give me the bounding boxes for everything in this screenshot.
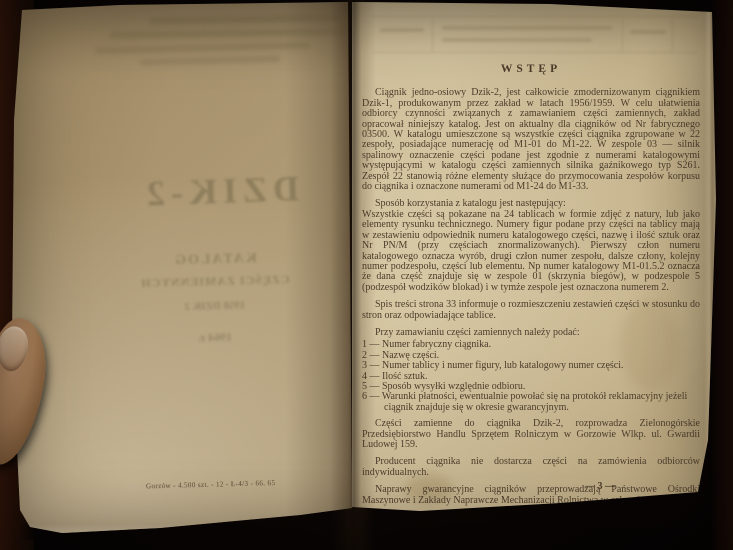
order-item-6: 6 — Warunki płatności, ewentualnie powoł… [362,392,700,413]
thumbnail [0,324,31,374]
left-page-bottom-edge [20,524,350,538]
bleed-table-lines [372,12,698,56]
paragraph-producer: Producent ciągnika nie dostarcza części … [362,457,700,478]
paragraph-usage: Wszystkie części są pokazane na 24 tabli… [362,210,700,293]
paragraph-toc: Spis treści strona 33 informuje o rozmie… [362,300,700,321]
paragraph-intro: Ciągnik jedno-osiowy Dzik-2, jest całkow… [362,88,700,192]
order-list: 1 — Numer fabryczny ciągnika. 2 — Nazwę … [362,340,700,413]
wstep-text-block: WSTĘP Ciągnik jedno-osiowy Dzik-2, jest … [362,62,700,513]
bleed-smudge [95,42,310,54]
ghost-title-dzik2: DZIK-2 [119,167,320,216]
page-number: — 3 — [558,481,642,492]
page-title-wstep: WSTĘP [362,64,700,74]
paragraph-repairs: Naprawy gwarancyjne ciągników przeprowad… [362,485,700,506]
table-surface-right [711,0,733,550]
order-heading: Przy zamawianiu części zamiennych należy… [362,328,700,338]
bleed-smudge [140,56,280,65]
order-item-3: 3 — Numer tablicy i numer figury, lub ka… [362,361,700,371]
photo-of-open-catalog: DZIK-2 KATALOG CZĘŚCI ZAMIENNYCH 1958 DZ… [0,0,733,550]
paragraph-distribution: Części zamienne do ciągnika Dzik-2, rozp… [362,419,700,450]
